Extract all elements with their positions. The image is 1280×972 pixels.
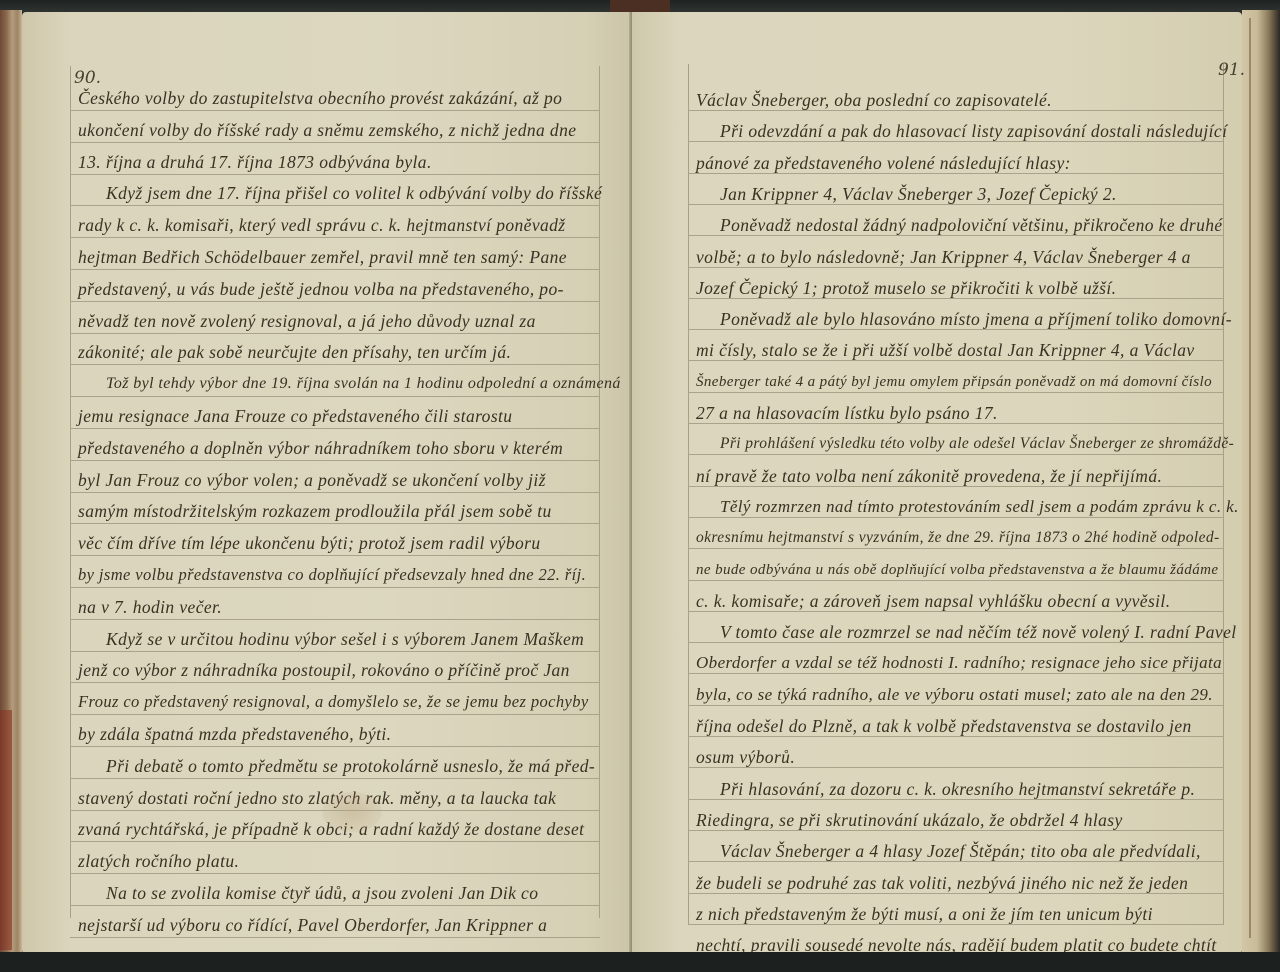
ruled-line — [70, 460, 600, 461]
handwritten-line: představený, u vás bude ještě jednou vol… — [78, 279, 564, 299]
left-page-stack-edge — [0, 10, 22, 955]
handwritten-line: Riedingra, se při skrutinování ukázalo, … — [696, 810, 1123, 830]
book-spine-top — [610, 0, 670, 12]
handwritten-line: rady k c. k. komisaři, který vedl správu… — [78, 215, 566, 235]
handwritten-line: Jan Krippner 4, Václav Šneberger 3, Joze… — [720, 184, 1117, 204]
ruled-line — [688, 548, 1224, 549]
ruled-line — [688, 141, 1224, 142]
right-page: 91. Václav Šneberger, oba poslední co za… — [632, 12, 1242, 954]
handwritten-line: jenž co výbor z náhradníka postoupil, ro… — [78, 660, 570, 680]
handwritten-line: 13. října a druhá 17. října 1873 odbýván… — [78, 152, 432, 172]
right-page-stack-edge — [1242, 10, 1280, 955]
ruled-line — [688, 298, 1224, 299]
handwritten-line: října odešel do Plzně, a tak k volbě pře… — [696, 716, 1192, 736]
right-edge-line — [1249, 18, 1251, 938]
ruled-line — [70, 873, 600, 874]
ruled-line — [688, 486, 1224, 487]
handwritten-line: Při odevzdání a pak do hlasovací listy z… — [720, 121, 1227, 141]
left-page: 90. Českého volby do zastupitelstva obec… — [22, 12, 632, 954]
ruled-line — [688, 454, 1224, 455]
handwritten-line: by jsme volbu představenstva co doplňují… — [78, 565, 586, 585]
handwritten-line: Šneberger také 4 a pátý byl jemu omylem … — [696, 372, 1212, 392]
ruled-line — [688, 267, 1224, 268]
ruled-line — [688, 360, 1224, 361]
handwritten-line: Při prohlášení výsledku této volby ale o… — [720, 434, 1234, 454]
handwritten-line: okresnímu hejtmanství s vyzváním, že dne… — [696, 528, 1220, 548]
ruled-line — [70, 714, 600, 715]
handwritten-line: Na to se zvolila komise čtyř údů, a jsou… — [106, 883, 538, 903]
ruled-line — [70, 396, 600, 397]
ruled-line — [688, 767, 1224, 768]
ruled-line — [70, 905, 600, 906]
ruled-line — [70, 778, 600, 779]
ruled-line — [70, 841, 600, 842]
ruled-line — [70, 619, 600, 620]
handwritten-line: by zdála špatná mzda představeného, býti… — [78, 724, 391, 744]
handwritten-line: Poněvadž ale bylo hlasováno místo jmena … — [720, 309, 1232, 329]
ruled-line — [688, 673, 1224, 674]
ruled-line — [688, 517, 1224, 518]
ruled-line — [70, 301, 600, 302]
ruled-line — [688, 705, 1224, 706]
ruled-line — [70, 555, 600, 556]
ruled-line — [688, 861, 1224, 862]
handwritten-line: volbě; a to bylo následovně; Jan Krippne… — [696, 247, 1191, 267]
ruled-line — [70, 810, 600, 811]
handwritten-line: Frouz co představený resignoval, a domyš… — [78, 692, 589, 712]
ruled-line — [70, 142, 600, 143]
ruled-line — [70, 587, 600, 588]
handwritten-line: osum výborů. — [696, 747, 795, 767]
ruled-line — [688, 642, 1224, 643]
handwritten-line: byla, co se týká radního, ale ve výboru … — [696, 685, 1213, 705]
ruled-line — [70, 269, 600, 270]
handwritten-line: Českého volby do zastupitelstva obecního… — [78, 88, 562, 108]
ruled-line — [70, 110, 600, 111]
handwritten-line: Při debatě o tomto předmětu se protokolá… — [106, 756, 595, 776]
handwritten-line: Při hlasování, za dozoru c. k. okresního… — [720, 779, 1195, 799]
handwritten-line: 27 a na hlasovacím lístku bylo psáno 17. — [696, 403, 998, 423]
book-bottom-edge — [0, 952, 1280, 972]
handwritten-line: V tomto čase ale rozmrzel se nad něčím t… — [720, 622, 1237, 642]
handwritten-line: Jozef Čepický 1; protož muselo se přikro… — [696, 278, 1116, 298]
ruled-line — [70, 364, 600, 365]
ruled-line — [70, 682, 600, 683]
handwritten-line: že budeli se podruhé zas tak voliti, nez… — [696, 873, 1188, 893]
ruled-line — [688, 736, 1224, 737]
ruled-line — [688, 611, 1224, 612]
ruled-line — [688, 329, 1224, 330]
paper-stain — [322, 792, 382, 832]
left-page-number: 90. — [74, 68, 101, 88]
handwritten-line: z nich představeným že býti musí, a oni … — [696, 904, 1153, 924]
handwritten-line: Tělý rozmrzen nad tímto protestováním se… — [720, 497, 1239, 517]
ruled-line — [688, 204, 1224, 205]
handwritten-line: ukončení volby do říšské rady a sněmu ze… — [78, 120, 576, 140]
handwritten-line: nejstarší ud výboru co řídící, Pavel Obe… — [78, 915, 547, 935]
handwritten-line: Oberdorfer a vzdal se též hodnosti I. ra… — [696, 653, 1222, 673]
handwritten-line: zlatých ročního platu. — [78, 851, 239, 871]
ruled-line — [70, 937, 600, 938]
ruled-line — [70, 523, 600, 524]
ruled-line — [688, 580, 1224, 581]
handwritten-line: představeného a doplněn výbor náhradníke… — [78, 438, 563, 458]
handwritten-line: jemu resignace Jana Frouze co představen… — [78, 406, 512, 426]
ruled-line — [688, 235, 1224, 236]
handwritten-line: Poněvadž nedostal žádný nadpoloviční vět… — [720, 215, 1223, 235]
handwritten-line: stavený dostati roční jedno sto zlatých … — [78, 788, 556, 808]
handwritten-line: byl Jan Frouz co výbor volen; a poněvadž… — [78, 470, 546, 490]
ruled-line — [688, 924, 1224, 925]
ruled-line — [688, 830, 1224, 831]
ruled-line — [70, 428, 600, 429]
handwritten-line: věc čím dříve tím lépe ukončenu býti; pr… — [78, 533, 541, 553]
ruled-line — [70, 333, 600, 334]
ruled-line — [688, 392, 1224, 393]
handwritten-line: něvadž ten nově zvolený resignoval, a já… — [78, 311, 536, 331]
ruled-line — [70, 492, 600, 493]
ruled-line — [688, 173, 1224, 174]
handwritten-line: hejtman Bedřich Schödelbauer zemřel, pra… — [78, 247, 567, 267]
ruled-line — [70, 174, 600, 175]
handwritten-line: ne bude odbývána u nás obě doplňující vo… — [696, 560, 1218, 580]
handwritten-line: Když jsem dne 17. října přišel co volite… — [106, 183, 602, 203]
ruled-line — [70, 237, 600, 238]
handwritten-line: Tož byl tehdy výbor dne 19. října svolán… — [106, 374, 621, 394]
ruled-line — [688, 893, 1224, 894]
handwritten-line: ní pravě že tato volba není zákonitě pro… — [696, 466, 1162, 486]
handwritten-line: na v 7. hodin večer. — [78, 597, 222, 617]
ruled-line — [70, 651, 600, 652]
ruled-line — [70, 205, 600, 206]
ruled-line — [688, 110, 1224, 111]
handwritten-line: mi čísly, stalo se že i při užší volbě d… — [696, 340, 1195, 360]
handwritten-line: Václav Šneberger, oba poslední co zapiso… — [696, 90, 1052, 110]
ruled-line — [688, 799, 1224, 800]
handwritten-line: zákonité; ale pak sobě neurčujte den pří… — [78, 342, 511, 362]
right-page-number: 91. — [1218, 60, 1245, 80]
handwritten-line: c. k. komisaře; a zároveň jsem napsal vy… — [696, 591, 1170, 611]
handwritten-line: Když se v určitou hodinu výbor sešel i s… — [106, 629, 584, 649]
open-ledger-book: 90. Českého volby do zastupitelstva obec… — [0, 0, 1280, 972]
handwritten-line: samým místodržitelským rozkazem prodlouž… — [78, 501, 552, 521]
handwritten-line: Václav Šneberger a 4 hlasy Jozef Štěpán;… — [720, 841, 1201, 861]
ruled-line — [688, 423, 1224, 424]
book-top-edge — [0, 0, 1280, 12]
ruled-line — [70, 746, 600, 747]
handwritten-line: pánové za představeného volené následují… — [696, 153, 1071, 173]
